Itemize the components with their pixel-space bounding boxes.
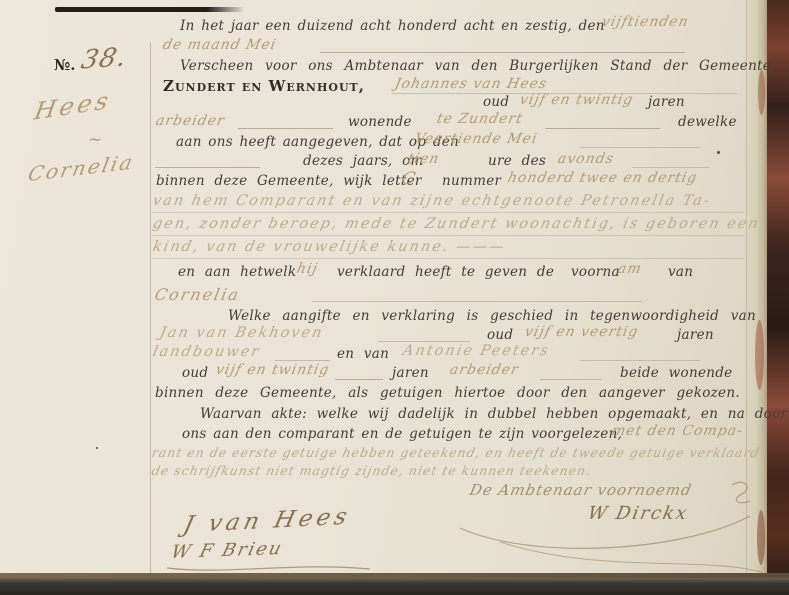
blank-line [545,128,660,129]
closing-handwritten-1: met den Compa- [610,423,744,439]
record-number-label: №. [54,56,76,74]
signature-underline-flourish [165,560,375,576]
blank-line [155,167,260,168]
wonende-label: wonende [348,114,412,130]
blank-line [275,360,330,361]
name-mid: verklaard heeft te geven de [337,264,554,280]
ruled-line [152,212,744,213]
closing-line-2: ons aan den comparant en de getuigen te … [182,426,622,442]
witness2-occupation-handwritten: arbeider [448,362,520,378]
book-binding [767,0,789,595]
ruled-line [152,235,744,236]
birth-text-line-2: gen, zonder beroep, mede te Zundert woon… [151,216,761,232]
declarant-residence-handwritten: te Zundert [435,111,524,127]
house-number-handwritten: honderd twee en dertig [506,170,699,186]
hij-handwritten: hij [295,261,319,277]
previous-record-divider [55,7,245,12]
birth-certificate-scan: №. 38. Hees ~ Cornelia In het jaar een d… [0,0,789,595]
margin-rule [150,42,151,574]
day-handwritten: vijftienden [600,14,690,30]
blank-line [238,128,333,129]
ruled-line [152,258,744,259]
birth-date-handwritten: Veertiende Mei [413,131,539,147]
rust-stain [758,70,765,115]
witness1-age-handwritten: vijf en veertig [523,324,640,340]
witness2-name-handwritten: Antonie Peeters [401,343,551,359]
blank-line [378,341,470,342]
blank-line [312,301,642,302]
table-background [0,578,789,595]
witness-close: binnen deze Gemeente, als getuigen hiert… [155,385,740,401]
dewelke-label: dewelke [678,114,737,130]
voorna-label: voorna [571,264,620,280]
declarant-age-handwritten: vijf en twintig [518,92,635,108]
signature-flourish [440,498,770,578]
appeared-line: Verscheen voor ons Ambtenaar van den Bur… [180,58,771,74]
witness2-oud-label: oud [182,365,208,381]
day-part-handwritten: avonds [556,151,615,167]
birth-text-line-3: kind, van de vrouwelijke kunne. ——— [151,239,507,255]
closing-handwritten-2: rant en de eerste getuige hebben geteeke… [150,445,761,460]
record-number-value: 38. [79,42,130,75]
blank-line [632,167,710,168]
margin-index-separator: ~ [86,130,106,150]
blank-line [540,379,602,380]
name-intro: en aan hetwelk [178,264,296,280]
closing-line-1: Waarvan akte: welke wij dadelijk in dubb… [200,406,787,422]
declarant-signature: J van Hees [181,504,354,539]
rust-stain [755,320,764,390]
witness1-oud-label: oud [487,327,513,343]
blank-line [580,360,700,361]
van-label: van [668,264,693,280]
beide-wonende-label: beide wonende [620,365,732,381]
en-van-label: en van [337,346,389,362]
ure-des-label: ure des [488,153,546,169]
birth-text-line-1: van hem Comparant en van zijne echtgenoo… [151,193,712,209]
witness2-age-handwritten: vijf en twintig [214,362,331,378]
paper-speck [717,151,720,154]
nummer-label: nummer [442,173,501,189]
blank-line [335,379,383,380]
oud-label: oud [483,94,509,110]
witness-intro: Welke aangifte en verklaring is geschied… [228,308,756,324]
official-title-handwritten: De Ambtenaar voornoemd [468,481,694,499]
witness1-jaren-label: jaren [677,327,714,343]
blank-line [580,147,700,148]
margin-index-given-name: Cornelia [26,150,136,186]
municipality-name: Zundert en Wernhout, [163,77,365,95]
month-handwritten: de maand Mei [161,37,278,53]
witness1-name-handwritten: Jan van Bekhoven [158,325,325,341]
declarant-name-handwritten: Johannes van Hees [393,76,548,92]
blank-line [320,52,685,53]
margin-index-surname: Hees [32,86,113,125]
child-name-handwritten: Cornelia [153,285,242,304]
paper-speck [96,447,98,449]
voorna-suffix-handwritten: am [616,261,643,277]
wijk-line: binnen deze Gemeente, wijk letter [156,173,422,189]
year-line: In het jaar een duizend acht honderd ach… [180,18,605,34]
closing-handwritten-3: de schrijfkunst niet magtig zijnde, niet… [150,463,592,478]
witness2-jaren-label: jaren [392,365,429,381]
declarant-occupation-handwritten: arbeider [154,113,226,129]
witness1-occupation-handwritten: landbouwer [151,344,262,360]
birth-hour-handwritten: tien [406,151,441,167]
jaren-label: jaren [648,94,685,110]
